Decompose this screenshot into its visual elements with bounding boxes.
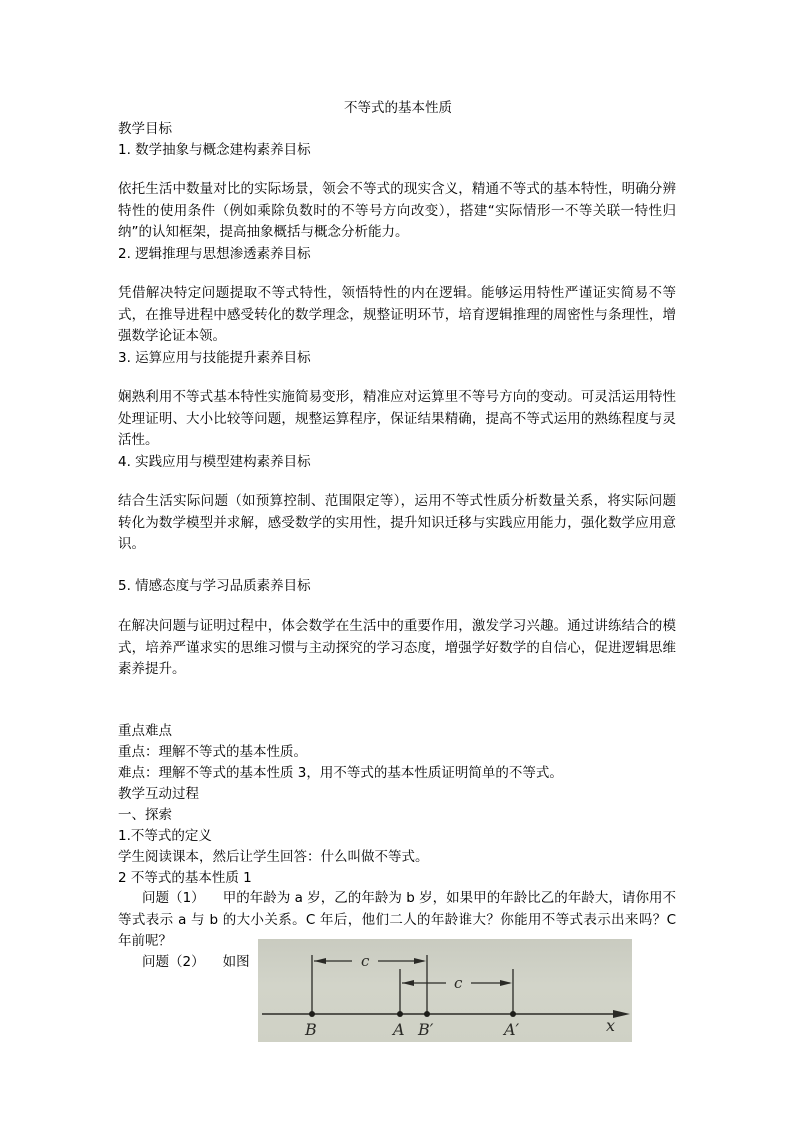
objective-1-text: 依托生活中数量对比的实际场景，领会不等式的现实含义，精通不等式的基本特性，明确分…	[118, 179, 676, 244]
question-2-text: 如图	[223, 954, 250, 970]
objective-1-heading: 1. 数学抽象与概念建构素养目标	[118, 140, 311, 160]
objective-2-heading: 2. 逻辑推理与思想渗透素养目标	[118, 244, 311, 264]
objective-2-text: 凭借解决特定问题提取不等式特性，领悟特性的内在逻辑。能够运用特性严谨证实简易不等…	[118, 283, 676, 348]
question-2: 问题（2）如图	[142, 952, 250, 972]
point-A	[397, 1011, 403, 1017]
sub1-text: 学生阅读课本，然后让学生回答：什么叫做不等式。	[118, 847, 429, 867]
objectives-heading: 教学目标	[118, 119, 172, 139]
label-B: B	[304, 1020, 317, 1039]
point-B	[309, 1011, 315, 1017]
objective-4-text: 结合生活实际问题（如预算控制、范围限定等），运用不等式性质分析数量关系，将实际问…	[118, 491, 676, 556]
distance-label-c-upper: c	[361, 952, 370, 970]
label-B-prime: B′	[417, 1020, 434, 1039]
label-A-prime: A′	[502, 1020, 520, 1039]
point-B-prime	[424, 1011, 430, 1017]
point-A-prime	[510, 1011, 516, 1017]
objective-3-heading: 3. 运算应用与技能提升素养目标	[118, 348, 311, 368]
objective-5-heading: 5. 情感态度与学习品质素养目标	[118, 576, 311, 596]
objective-4-heading: 4. 实践应用与模型建构素养目标	[118, 452, 311, 472]
sub1-heading: 1.不等式的定义	[118, 826, 212, 846]
axis-arrow-icon	[613, 1010, 630, 1018]
question-1-label: 问题（1）	[142, 890, 205, 906]
label-x-axis: x	[606, 1016, 615, 1035]
sub2-heading: 2 不等式的基本性质 1	[118, 868, 252, 888]
number-line-diagram: c c B A B′ A′ x	[258, 939, 632, 1042]
number-line-figure: c c B A B′ A′ x	[258, 939, 632, 1042]
key-points-heading: 重点难点	[118, 721, 172, 741]
key-point: 重点：理解不等式的基本性质。	[118, 742, 307, 762]
difficult-point: 难点：理解不等式的基本性质 3，用不等式的基本性质证明简单的不等式。	[118, 763, 563, 783]
question-2-label: 问题（2）	[142, 954, 205, 970]
objective-3-text: 娴熟利用不等式基本特性实施简易变形，精准应对运算里不等号方向的变动。可灵活运用特…	[118, 387, 676, 452]
distance-label-c-lower: c	[454, 974, 463, 992]
explore-heading: 一、探索	[118, 805, 172, 825]
page-title: 不等式的基本性质	[118, 98, 678, 118]
label-A: A	[391, 1020, 405, 1039]
objective-5-text: 在解决问题与证明过程中，体会数学在生活中的重要作用，激发学习兴趣。通过讲练结合的…	[118, 616, 676, 681]
process-heading: 教学互动过程	[118, 784, 199, 804]
